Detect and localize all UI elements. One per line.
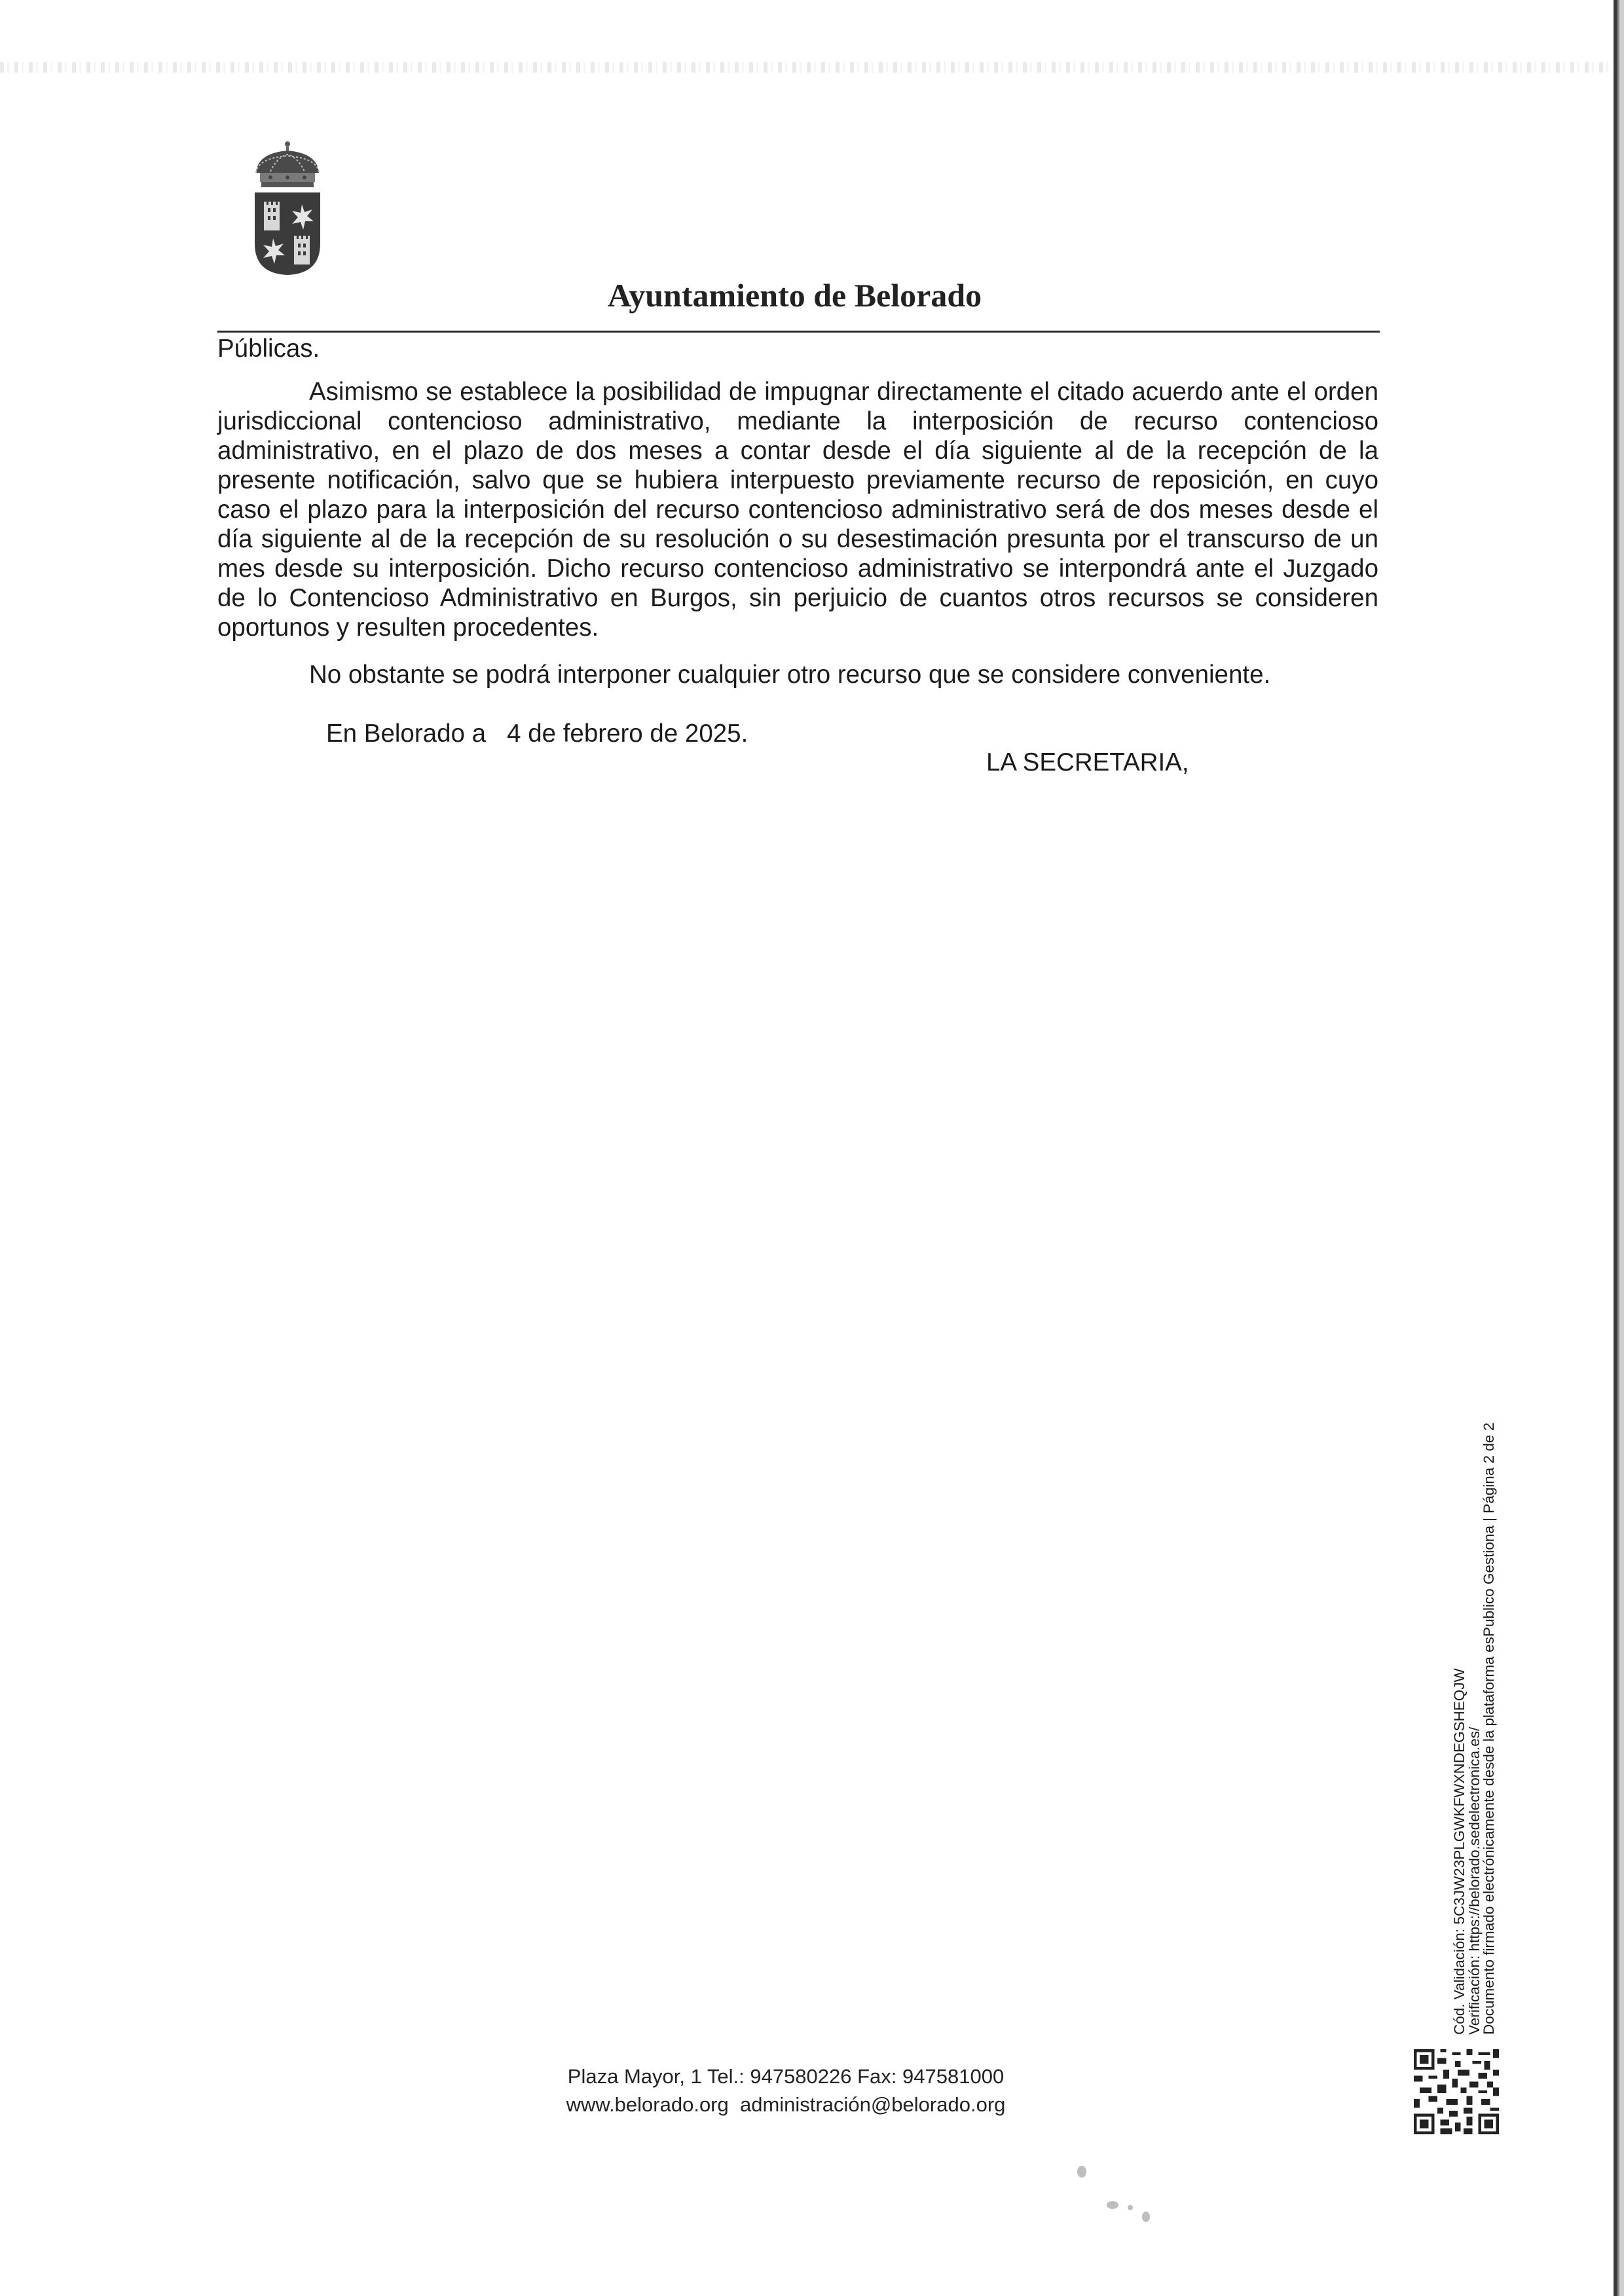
organization-name: Ayuntamiento de Belorado (608, 277, 982, 314)
appeal-paragraph: Asimismo se establece la posibilidad de … (217, 377, 1378, 642)
scan-artifact-strip (0, 62, 1617, 73)
footer-address: Plaza Mayor, 1 Tel.: 947580226 Fax: 9475… (458, 2062, 1113, 2090)
signer-title: LA SECRETARIA, (986, 748, 1189, 777)
scan-speck (1107, 2201, 1118, 2209)
place-date: En Belorado a 4 de febrero de 2025. (326, 719, 748, 748)
scan-border (1614, 0, 1624, 2296)
header-divider (217, 331, 1380, 333)
verification-url: Verificación: https://belorado.sedelectr… (1467, 1423, 1483, 2035)
continuation-text: Públicas. (217, 334, 1378, 363)
validation-code: Cód. Validación: 5C3JW23PLGWKFWXNDEGSHEQ… (1452, 1423, 1467, 2035)
scan-speck (1142, 2212, 1150, 2222)
footer-contact: Plaza Mayor, 1 Tel.: 947580226 Fax: 9475… (458, 2062, 1113, 2119)
other-remedies-paragraph: No obstante se podrá interponer cualquie… (217, 660, 1378, 689)
organization-title: Ayuntamiento de Belorado (216, 276, 1378, 314)
scan-speck (1077, 2166, 1086, 2178)
signature-note: Documento firmado electrónicamente desde… (1482, 1423, 1497, 2035)
coat-of-arms-icon (251, 139, 324, 276)
scan-speck (1128, 2205, 1133, 2210)
qr-code-icon[interactable] (1412, 2049, 1501, 2134)
validation-block: Cód. Validación: 5C3JW23PLGWKFWXNDEGSHEQ… (1452, 1423, 1497, 2035)
footer-web-email: www.belorado.org administración@belorado… (458, 2090, 1113, 2119)
